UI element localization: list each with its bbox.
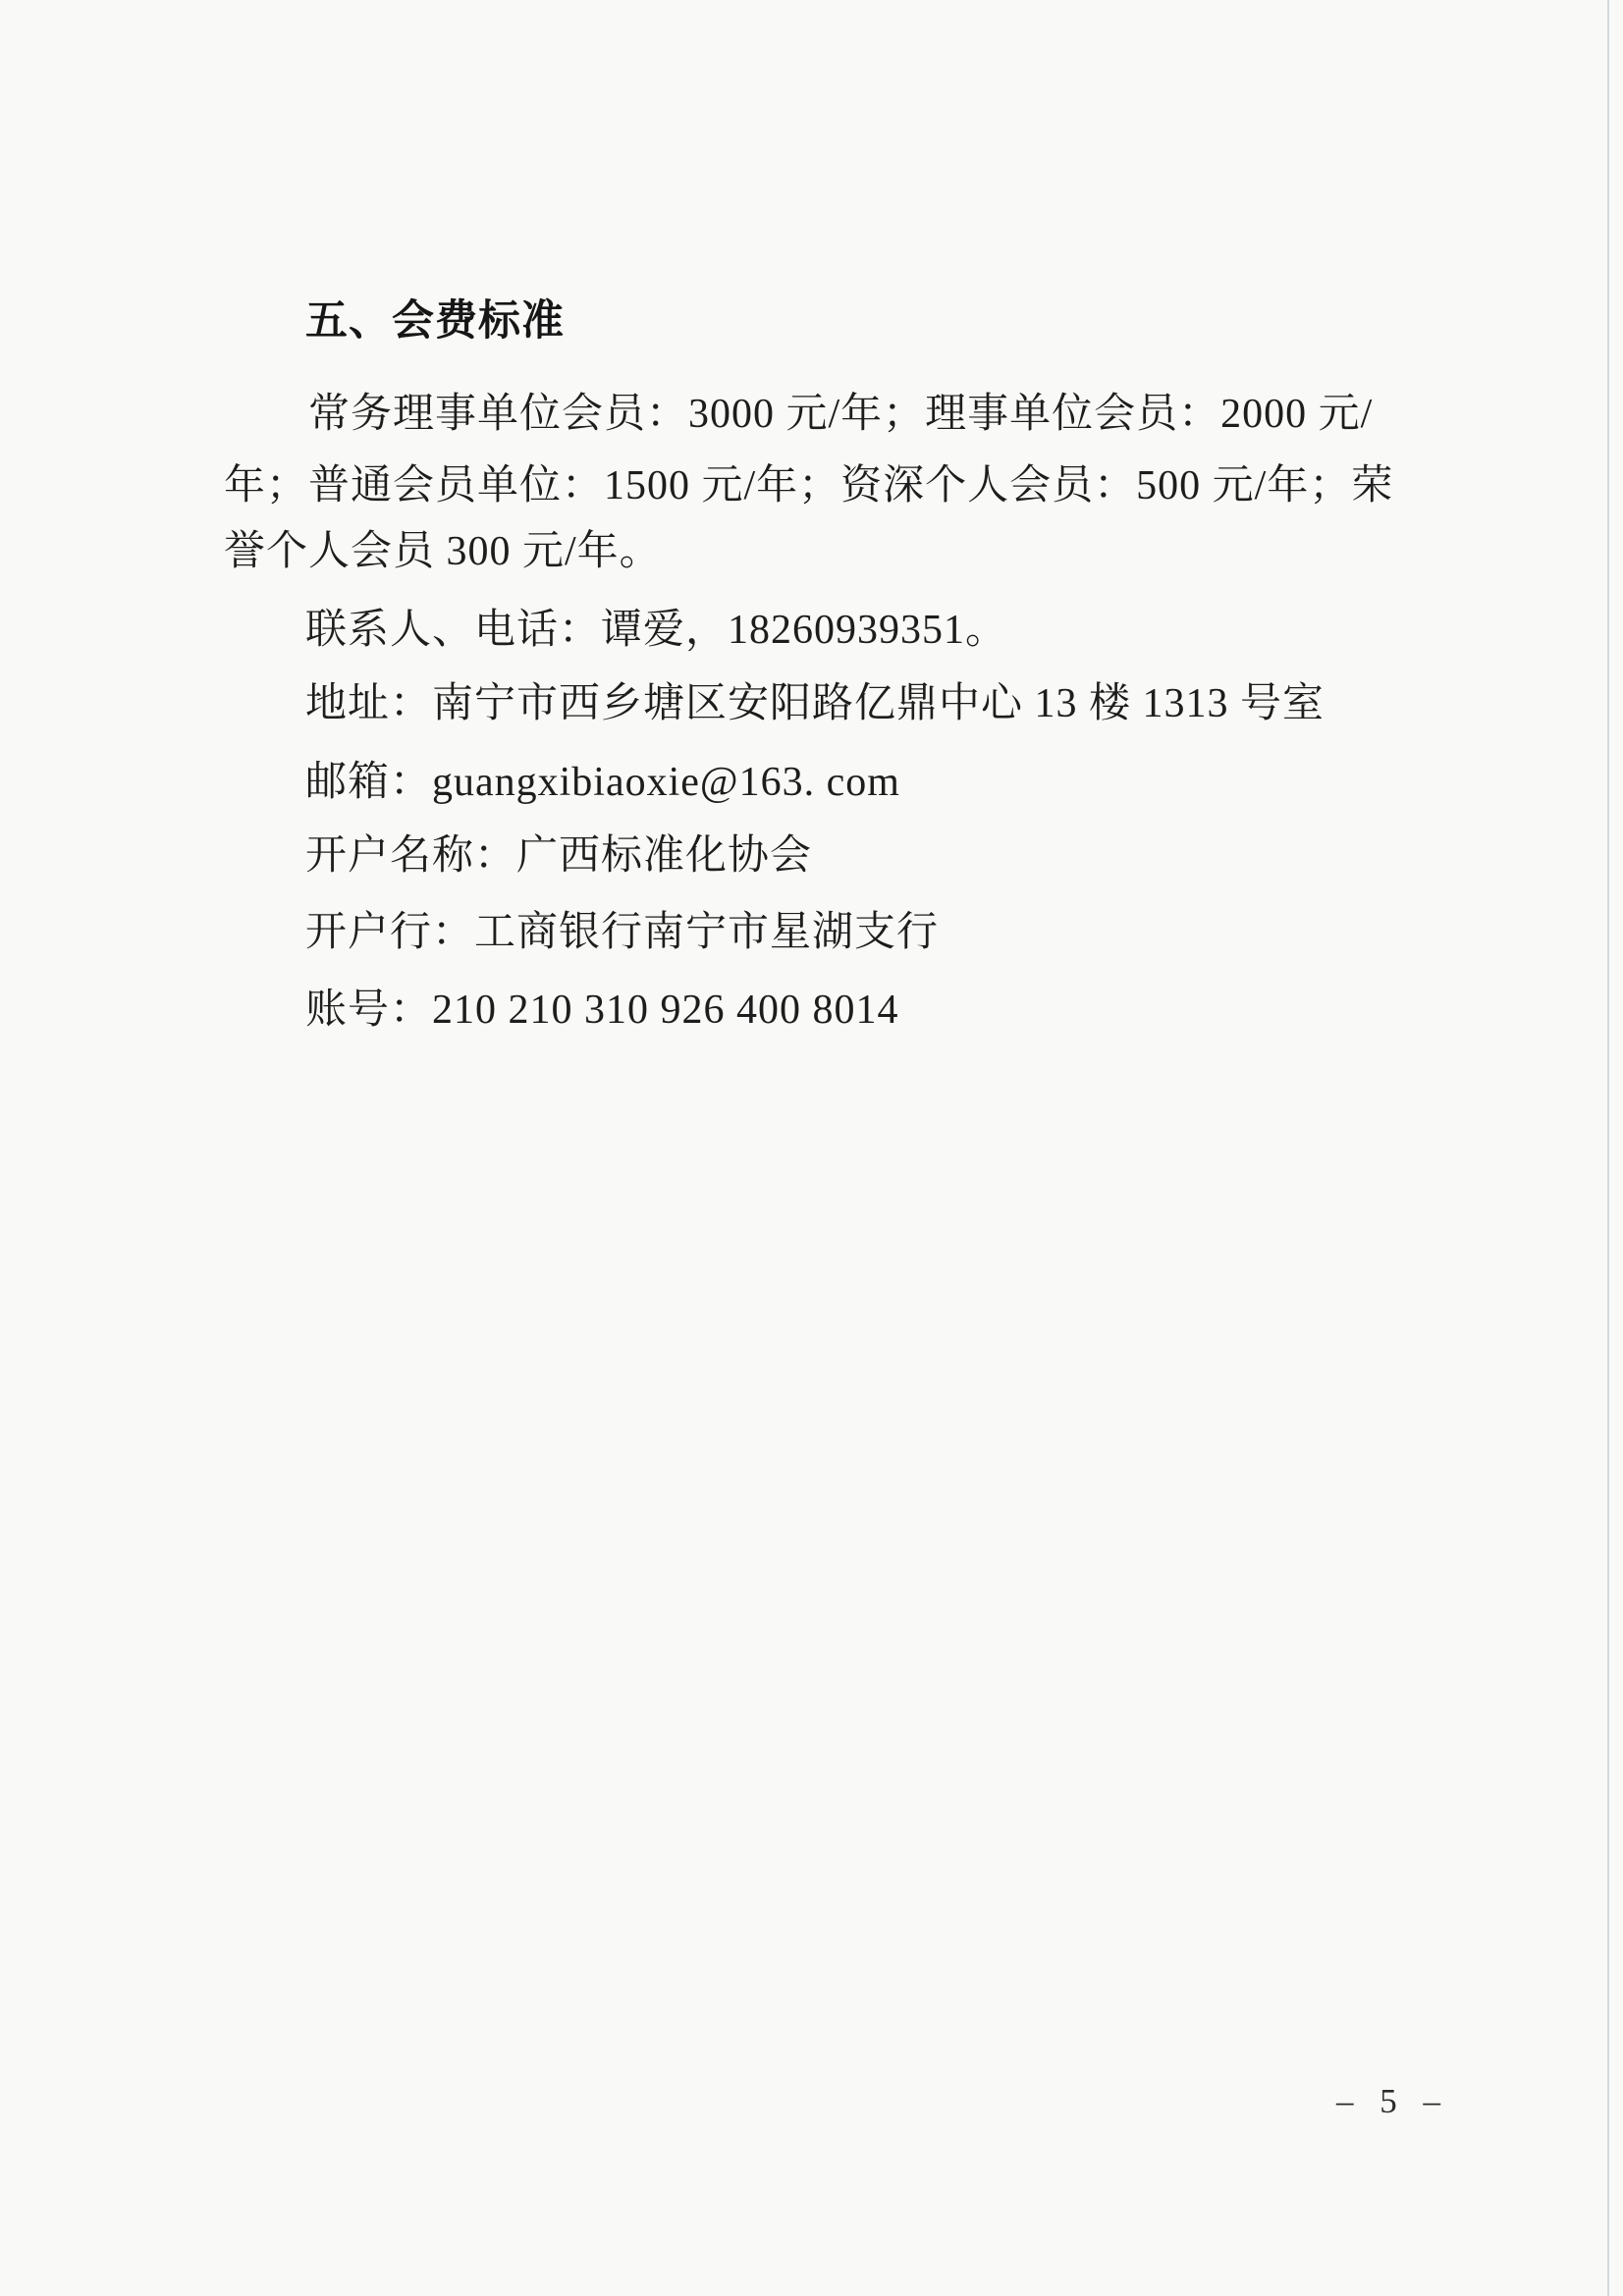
page-number: – 5 –: [1336, 2084, 1442, 2118]
section-heading: 五、会费标准: [305, 300, 565, 343]
bank-branch-line: 开户行：工商银行南宁市星湖支行: [305, 912, 939, 953]
fee-paragraph-line-1: 常务理事单位会员：3000 元/年；理事单位会员：2000 元/: [224, 394, 1373, 435]
contact-phone-line: 联系人、电话：谭爱，18260939351。: [305, 610, 1007, 651]
fee-paragraph-line-3: 誉个人会员 300 元/年。: [224, 531, 662, 572]
account-number-line: 账号：210 210 310 926 400 8014: [305, 989, 899, 1031]
scan-edge-line: [1607, 0, 1609, 2296]
contact-address-line: 地址：南宁市西乡塘区安阳路亿鼎中心 13 楼 1313 号室: [305, 683, 1325, 724]
account-name-line: 开户名称：广西标准化协会: [305, 835, 812, 877]
document-page: 五、会费标准 常务理事单位会员：3000 元/年；理事单位会员：2000 元/ …: [0, 0, 1623, 2296]
contact-email-line: 邮箱：guangxibiaoxie@163. com: [305, 762, 900, 803]
fee-paragraph-line-2: 年；普通会员单位：1500 元/年；资深个人会员：500 元/年；荣: [224, 465, 1393, 507]
